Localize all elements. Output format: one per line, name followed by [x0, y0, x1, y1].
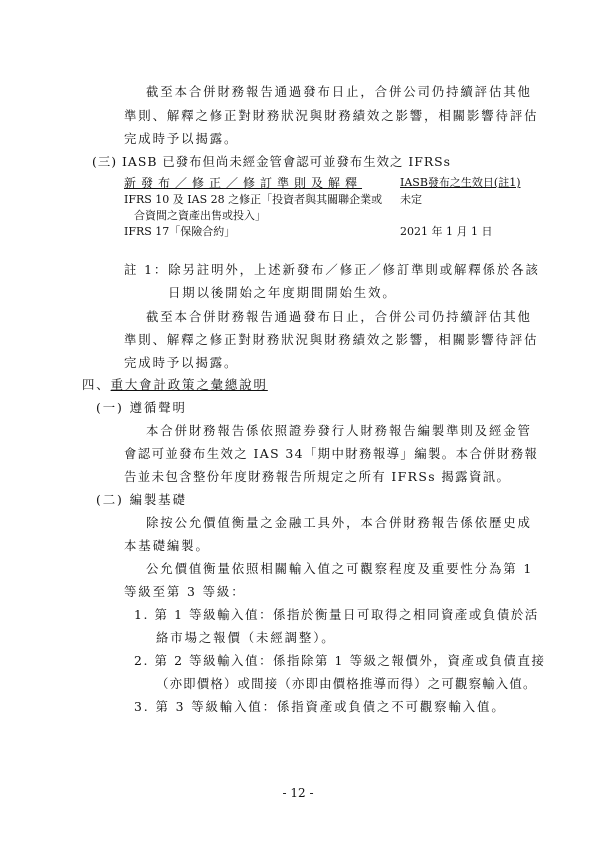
paragraph-line: 告並未包含整份年度財務報告所規定之所有 IFRSs 揭露資訊。: [124, 469, 510, 485]
section-heading: (三) IASB 已發布但尚未經金管會認可並發布生效之 IFRSs: [92, 154, 451, 170]
note-line: 註 1：除另註明外，上述新發布／修正／修訂準則或解釋係於各該: [124, 262, 540, 278]
paragraph-line: 本合併財務報告係依照證券發行人財務報告編製準則及經金管: [146, 423, 532, 439]
paragraph-line: 截至本合併財務報告通過發布日止，合併公司仍持續評估其他: [146, 84, 532, 100]
table-header-effective-date: IASB發布之生效日(註1): [400, 175, 521, 191]
list-item: 2. 第 2 等級輸入值：係指除第 1 等級之報價外，資產或負債直接: [134, 653, 545, 669]
paragraph-line: 完成時予以揭露。: [124, 131, 238, 147]
paragraph-line: 準則、解釋之修正對財務狀況與財務績效之影響，相關影響待評估: [124, 332, 538, 348]
paragraph-line: 準則、解釋之修正對財務狀況與財務績效之影響，相關影響待評估: [124, 108, 538, 124]
list-item: 絡市場之報價（未經調整）。: [156, 630, 336, 646]
table-cell: IFRS 10 及 IAS 28 之修正「投資者與其關聯企業或: [124, 192, 382, 208]
list-item: 3. 第 3 等級輸入值：係指資產或負債之不可觀察輸入值。: [134, 699, 506, 715]
paragraph-line: 本基礎編製。: [124, 538, 210, 554]
table-cell: 未定: [400, 192, 422, 208]
subsection-heading: (二) 編製基礎: [96, 492, 187, 508]
paragraph-line: 等級至第 3 等級：: [124, 584, 246, 600]
list-item: （亦即價格）或間接（亦即由價格推導而得）之可觀察輸入值。: [156, 676, 537, 692]
heading-text: 重大會計政策之彙總說明: [111, 377, 268, 392]
table-cell: 2021 年 1 月 1 日: [400, 224, 492, 240]
table-header-standard: 新發布／修正／修訂準則及解釋: [124, 175, 362, 191]
subsection-heading: (一) 遵循聲明: [96, 400, 187, 416]
paragraph-line: 完成時予以揭露。: [124, 355, 238, 371]
table-cell: IFRS 17「保險合約」: [124, 224, 235, 240]
note-line: 日期以後開始之年度期間開始生效。: [168, 285, 397, 301]
page-number: - 12 -: [0, 786, 596, 800]
section-heading: 四、重大會計政策之彙總說明: [82, 377, 268, 393]
list-item: 1. 第 1 等級輸入值：係指於衡量日可取得之相同資產或負債於活: [134, 607, 539, 623]
paragraph-line: 截至本合併財務報告通過發布日止，合併公司仍持續評估其他: [146, 309, 532, 325]
paragraph-line: 除按公允價值衡量之金融工具外，本合併財務報告係依歷史成: [146, 515, 532, 531]
paragraph-line: 會認可並發布生效之 IAS 34「期中財務報導」編製。本合併財務報: [124, 446, 538, 462]
heading-prefix: 四、: [82, 377, 111, 392]
table-cell: 合資間之資產出售或投入」: [134, 208, 266, 224]
paragraph-line: 公允價值衡量依照相關輸入值之可觀察程度及重要性分為第 1: [146, 561, 533, 577]
document-page: 截至本合併財務報告通過發布日止，合併公司仍持續評估其他 準則、解釋之修正對財務狀…: [0, 0, 596, 842]
